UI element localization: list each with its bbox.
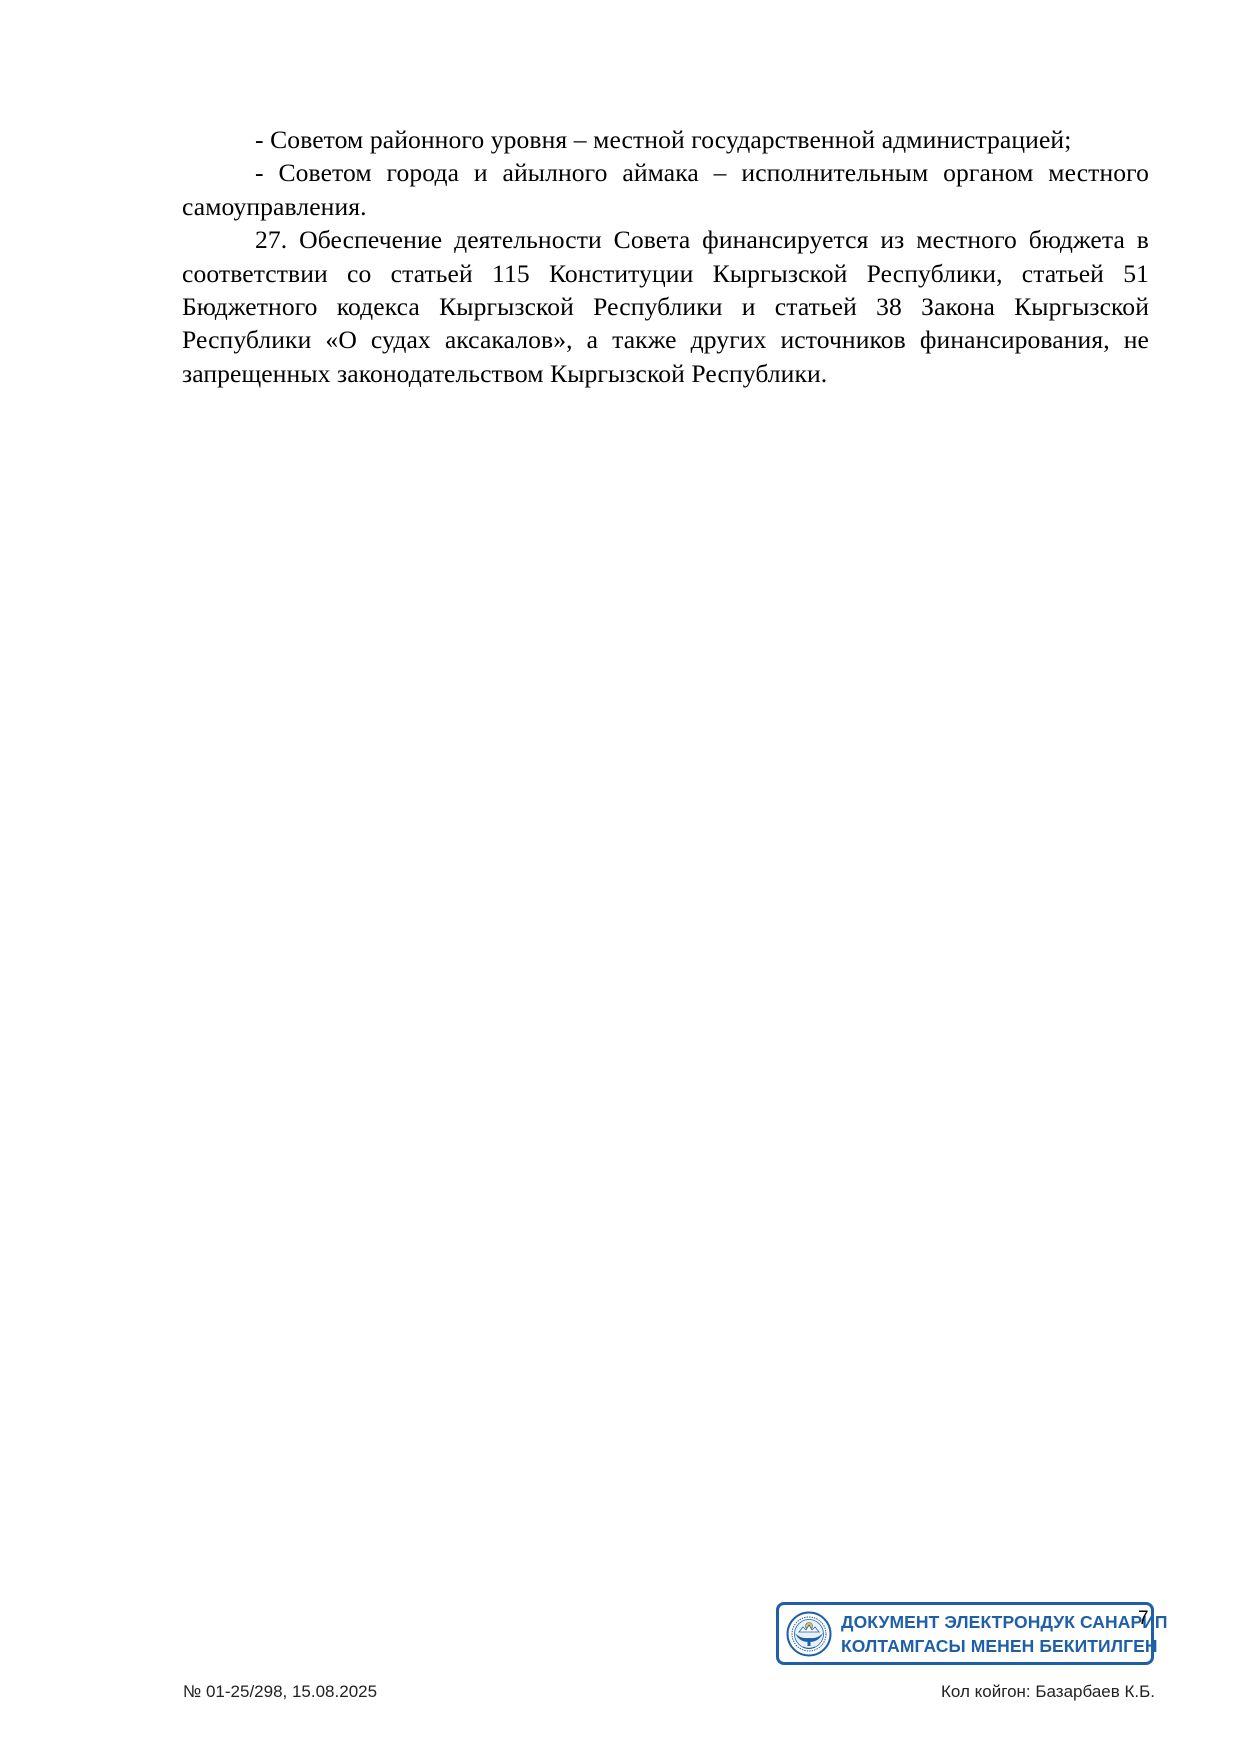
paragraph-27-financing: 27. Обеспечение деятельности Совета фина… xyxy=(182,223,1149,390)
stamp-text: ДОКУМЕНТ ЭЛЕКТРОНДУК САНАРИП КОЛТАМГАСЫ … xyxy=(841,1610,1168,1658)
document-body: - Советом районного уровня – местной гос… xyxy=(182,123,1149,390)
paragraph-city-council: - Советом города и айылного аймака – исп… xyxy=(182,156,1149,223)
page-number: 7 xyxy=(1138,1608,1149,1630)
stamp-line-1: ДОКУМЕНТ ЭЛЕКТРОНДУК САНАРИП xyxy=(841,1610,1168,1634)
kyrgyz-state-emblem-icon xyxy=(786,1611,832,1657)
digital-signature-stamp: ДОКУМЕНТ ЭЛЕКТРОНДУК САНАРИП КОЛТАМГАСЫ … xyxy=(776,1602,1154,1665)
stamp-line-2: КОЛТАМГАСЫ МЕНЕН БЕКИТИЛГЕН xyxy=(841,1634,1168,1658)
paragraph-district-council: - Советом районного уровня – местной гос… xyxy=(182,123,1149,156)
document-number-date: № 01-25/298, 15.08.2025 xyxy=(183,1682,377,1702)
signed-by: Кол койгон: Базарбаев К.Б. xyxy=(941,1682,1155,1702)
